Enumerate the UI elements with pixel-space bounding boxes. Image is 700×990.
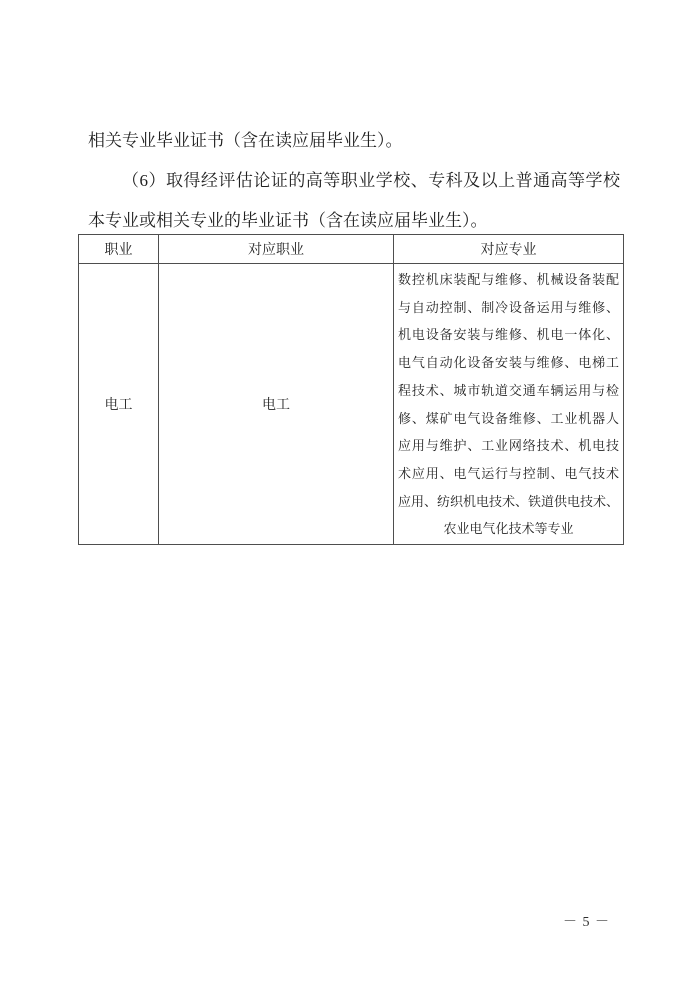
major-line: 农业电气化技术等专业 bbox=[398, 515, 619, 543]
cell-occupation: 电工 bbox=[79, 264, 159, 545]
occupation-major-table: 职业 对应职业 对应专业 电工 电工 数控机床装配与维修、机械设备装配 与自动控… bbox=[78, 234, 624, 545]
table-row: 电工 电工 数控机床装配与维修、机械设备装配 与自动控制、制冷设备运用与维修、 … bbox=[79, 264, 624, 545]
paragraph-continuation-line: 相关专业毕业证书（含在读应届毕业生）。 bbox=[88, 121, 620, 161]
major-line: 程技术、城市轨道交通车辆运用与检 bbox=[398, 377, 619, 405]
major-line: 与自动控制、制冷设备运用与维修、 bbox=[398, 294, 619, 322]
major-line: 应用与维护、工业网络技术、机电技 bbox=[398, 432, 619, 460]
major-line: 应用、纺织机电技术、铁道供电技术、 bbox=[398, 488, 619, 516]
major-line: 数控机床装配与维修、机械设备装配 bbox=[398, 266, 619, 294]
major-line: 机电设备安装与维修、机电一体化、 bbox=[398, 321, 619, 349]
document-page: 相关专业毕业证书（含在读应届毕业生）。 （6）取得经评估论证的高等职业学校、专科… bbox=[0, 0, 700, 990]
cell-corresponding-occupation: 电工 bbox=[159, 264, 394, 545]
major-line: 电气自动化设备安装与维修、电梯工 bbox=[398, 349, 619, 377]
col-header-corresponding-occupation: 对应职业 bbox=[159, 235, 394, 264]
cell-corresponding-majors: 数控机床装配与维修、机械设备装配 与自动控制、制冷设备运用与维修、 机电设备安装… bbox=[394, 264, 624, 545]
table-header-row: 职业 对应职业 对应专业 bbox=[79, 235, 624, 264]
page-number: － 5 － bbox=[563, 911, 610, 931]
col-header-occupation: 职业 bbox=[79, 235, 159, 264]
major-line: 修、煤矿电气设备维修、工业机器人 bbox=[398, 405, 619, 433]
paragraph-block: 相关专业毕业证书（含在读应届毕业生）。 （6）取得经评估论证的高等职业学校、专科… bbox=[88, 121, 620, 241]
paragraph-item6-line1: （6）取得经评估论证的高等职业学校、专科及以上普通高等学校 bbox=[88, 161, 620, 201]
major-line: 术应用、电气运行与控制、电气技术 bbox=[398, 460, 619, 488]
col-header-corresponding-major: 对应专业 bbox=[394, 235, 624, 264]
